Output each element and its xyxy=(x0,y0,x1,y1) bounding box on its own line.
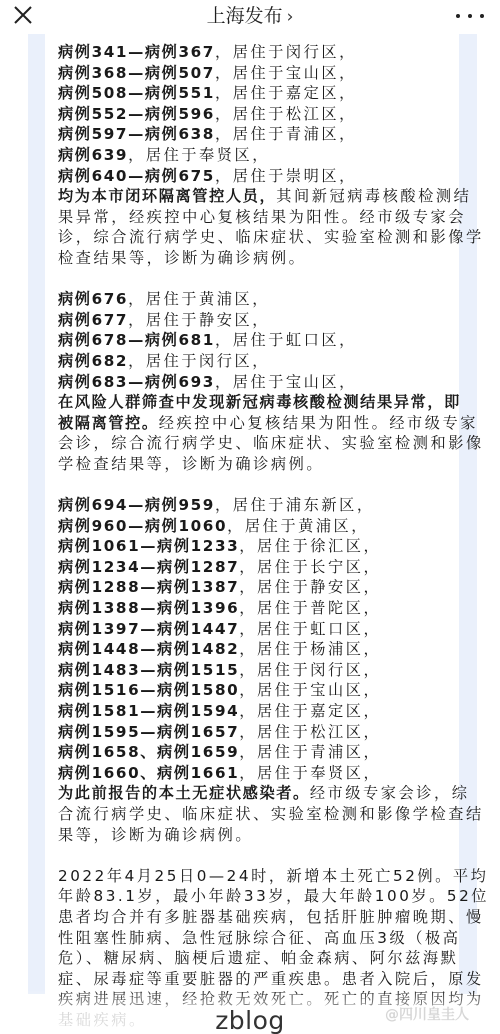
top-navigation-bar: 上海发布› xyxy=(0,0,500,34)
case-line: 病例1288—病例1387，居住于静安区， xyxy=(58,577,450,598)
district: 居住于徐汇区， xyxy=(257,537,381,555)
separator: ， xyxy=(215,64,233,82)
paragraph-line: 危）、糖尿病、脑梗后遗症、帕金森病、阿尔兹海默 xyxy=(58,948,450,969)
district: 居住于闵行区， xyxy=(257,661,381,679)
separator: ， xyxy=(215,496,233,514)
paragraph-line: 诊，综合流行病学史、临床症状、实验室检测和影像学 xyxy=(58,227,450,248)
case-ids: 病例677 xyxy=(58,311,128,329)
body-text: 经市级专家会诊，综 xyxy=(310,784,470,802)
right-decorative-border xyxy=(459,34,477,994)
paragraph-spacer xyxy=(58,269,450,290)
district: 居住于宝山区， xyxy=(233,64,357,82)
district: 居住于闵行区， xyxy=(233,43,357,61)
case-ids: 病例1658、病例1659 xyxy=(58,743,239,761)
paragraph-line: 2022年4月25日0—24时，新增本土死亡52例。平均 xyxy=(58,866,450,887)
chevron-right-icon: › xyxy=(287,7,294,27)
case-line: 病例682，居住于闵行区， xyxy=(58,351,450,372)
paragraph-line: 在风险人群筛查中发现新冠病毒核酸检测结果异常，即 xyxy=(58,392,450,413)
paragraph-line: 性阻塞性肺病、急性冠脉综合征、高血压3级（极高 xyxy=(58,928,450,949)
district: 居住于嘉定区， xyxy=(257,702,381,720)
case-line: 病例694—病例959，居住于浦东新区， xyxy=(58,495,450,516)
district: 居住于松江区， xyxy=(257,723,381,741)
district: 居住于静安区， xyxy=(257,578,381,596)
district: 居住于奉贤区， xyxy=(257,764,381,782)
more-icon-dot xyxy=(456,14,460,18)
paragraph-spacer xyxy=(58,845,450,866)
separator: ， xyxy=(239,640,257,658)
separator: ， xyxy=(215,105,233,123)
separator: ， xyxy=(128,146,146,164)
case-line: 病例960—病例1060，居住于黄浦区， xyxy=(58,516,450,537)
case-line: 病例1483—病例1515，居住于闵行区， xyxy=(58,660,450,681)
case-ids: 病例597—病例638 xyxy=(58,125,215,143)
case-line: 病例1595—病例1657，居住于松江区， xyxy=(58,722,450,743)
case-ids: 病例1483—病例1515 xyxy=(58,661,239,679)
case-ids: 病例552—病例596 xyxy=(58,105,215,123)
body-text: 其间新冠病毒核酸检测结 xyxy=(276,187,471,205)
more-icon-dot xyxy=(480,14,484,18)
paragraph-line: 合流行病学史、临床症状、实验室检测和影像学检查结 xyxy=(58,804,450,825)
separator: ， xyxy=(227,517,245,535)
case-ids: 病例1448—病例1482 xyxy=(58,640,239,658)
left-decorative-border xyxy=(28,34,45,994)
case-line: 病例1448—病例1482，居住于杨浦区， xyxy=(58,639,450,660)
case-line: 病例639，居住于奉贤区， xyxy=(58,145,450,166)
separator: ， xyxy=(239,558,257,576)
case-line: 病例640—病例675，居住于崇明区， xyxy=(58,166,450,187)
separator: ， xyxy=(128,352,146,370)
bold-text: 在风险人群筛查中发现新冠病毒核酸检测结果异常，即 xyxy=(58,393,461,411)
case-line: 病例1658、病例1659，居住于青浦区， xyxy=(58,742,450,763)
case-line: 病例597—病例638，居住于青浦区， xyxy=(58,124,450,145)
district: 居住于杨浦区， xyxy=(257,640,381,658)
district: 居住于静安区， xyxy=(146,311,270,329)
separator: ， xyxy=(239,537,257,555)
district: 居住于嘉定区， xyxy=(233,84,357,102)
paragraph-line: 检查结果等，诊断为确诊病例。 xyxy=(58,248,450,269)
case-ids: 病例682 xyxy=(58,352,128,370)
case-ids: 病例1061—病例1233 xyxy=(58,537,239,555)
case-line: 病例1388—病例1396，居住于普陀区， xyxy=(58,598,450,619)
case-line: 病例552—病例596，居住于松江区， xyxy=(58,104,450,125)
paragraph-line: 果等，诊断为确诊病例。 xyxy=(58,825,450,846)
separator: ， xyxy=(239,723,257,741)
paragraph-line: 均为本市闭环隔离管控人员，其间新冠病毒核酸检测结 xyxy=(58,186,450,207)
paragraph-line: 症、尿毒症等重要脏器的严重疾患。患者入院后，原发 xyxy=(58,969,450,990)
case-ids: 病例1288—病例1387 xyxy=(58,578,239,596)
body-text: 诊，综合流行病学史、临床症状、实验室检测和影像学 xyxy=(58,228,484,246)
more-options-button[interactable] xyxy=(456,12,484,20)
separator: ， xyxy=(215,167,233,185)
author-watermark: @四川皇圭人 xyxy=(385,1004,469,1024)
case-ids: 病例1388—病例1396 xyxy=(58,599,239,617)
separator: ， xyxy=(239,764,257,782)
district: 居住于黄浦区， xyxy=(146,290,270,308)
body-text: 合流行病学史、临床症状、实验室检测和影像学检查结 xyxy=(58,805,484,823)
separator: ， xyxy=(239,661,257,679)
case-ids: 病例960—病例1060 xyxy=(58,517,227,535)
district: 居住于浦东新区， xyxy=(233,496,375,514)
account-title-link[interactable]: 上海发布› xyxy=(0,3,500,30)
district: 居住于虹口区， xyxy=(233,331,357,349)
paragraph-line: 果异常，经疾控中心复核结果为阳性。经市级专家会 xyxy=(58,207,450,228)
case-ids: 病例694—病例959 xyxy=(58,496,215,514)
separator: ， xyxy=(239,743,257,761)
case-line: 病例1061—病例1233，居住于徐汇区， xyxy=(58,536,450,557)
body-text: 检查结果等，诊断为确诊病例。 xyxy=(58,249,306,267)
case-ids: 病例1581—病例1594 xyxy=(58,702,239,720)
separator: ， xyxy=(215,125,233,143)
case-ids: 病例1397—病例1447 xyxy=(58,620,239,638)
body-text: 会诊，综合流行病学史、临床症状、实验室检测和影像 xyxy=(58,434,484,452)
case-line: 病例683—病例693，居住于宝山区， xyxy=(58,372,450,393)
case-ids: 病例1595—病例1657 xyxy=(58,723,239,741)
separator: ， xyxy=(215,84,233,102)
case-ids: 病例639 xyxy=(58,146,128,164)
paragraph-line: 学检查结果等，诊断为确诊病例。 xyxy=(58,454,450,475)
district: 居住于宝山区， xyxy=(257,681,381,699)
separator: ， xyxy=(239,599,257,617)
paragraph-spacer xyxy=(58,474,450,495)
case-ids: 病例640—病例675 xyxy=(58,167,215,185)
separator: ， xyxy=(239,578,257,596)
more-icon-dot xyxy=(468,14,472,18)
case-line: 病例368—病例507，居住于宝山区， xyxy=(58,63,450,84)
case-line: 病例508—病例551，居住于嘉定区， xyxy=(58,83,450,104)
district: 居住于青浦区， xyxy=(257,743,381,761)
case-line: 病例1397—病例1447，居住于虹口区， xyxy=(58,619,450,640)
article-body: 病例341—病例367，居住于闵行区， 病例368—病例507，居住于宝山区， … xyxy=(58,42,450,1031)
district: 居住于奉贤区， xyxy=(146,146,270,164)
separator: ， xyxy=(128,290,146,308)
separator: ， xyxy=(239,681,257,699)
bold-text: 为此前报告的本土无症状感染者。 xyxy=(58,784,310,802)
district: 居住于虹口区， xyxy=(257,620,381,638)
case-line: 病例678—病例681，居住于虹口区， xyxy=(58,330,450,351)
separator: ， xyxy=(215,331,233,349)
separator: ， xyxy=(239,702,257,720)
case-line: 病例1660、病例1661，居住于奉贤区， xyxy=(58,763,450,784)
body-text: 果等，诊断为确诊病例。 xyxy=(58,826,253,844)
case-ids: 病例1516—病例1580 xyxy=(58,681,239,699)
bold-text: 被隔离管控。 xyxy=(58,414,159,432)
paragraph-line: 年龄83.1岁，最小年龄33岁，最大年龄100岁。52位 xyxy=(58,886,450,907)
case-ids: 病例678—病例681 xyxy=(58,331,215,349)
district: 居住于青浦区， xyxy=(233,125,357,143)
case-block-1: 病例341—病例367，居住于闵行区， 病例368—病例507，居住于宝山区， … xyxy=(58,42,450,269)
bold-text: 均为本市闭环隔离管控人员， xyxy=(58,187,276,205)
case-ids: 病例368—病例507 xyxy=(58,64,215,82)
paragraph-line: 患者均合并有多脏器基础疾病，包括肝脏肿瘤晚期、慢 xyxy=(58,907,450,928)
body-text: 果异常，经疾控中心复核结果为阳性。经市级专家会 xyxy=(58,208,466,226)
case-ids: 病例1660、病例1661 xyxy=(58,764,239,782)
case-ids: 病例1234—病例1287 xyxy=(58,558,239,576)
case-line: 病例1516—病例1580，居住于宝山区， xyxy=(58,680,450,701)
case-ids: 病例508—病例551 xyxy=(58,84,215,102)
paragraph-line: 会诊，综合流行病学史、临床症状、实验室检测和影像 xyxy=(58,433,450,454)
page-title: 上海发布 xyxy=(207,5,283,27)
district: 居住于松江区， xyxy=(233,105,357,123)
case-line: 病例341—病例367，居住于闵行区， xyxy=(58,42,450,63)
district: 居住于闵行区， xyxy=(146,352,270,370)
body-text: 经疾控中心复核结果为阳性。经市级专家 xyxy=(159,414,478,432)
case-line: 病例677，居住于静安区， xyxy=(58,310,450,331)
case-line: 病例1581—病例1594，居住于嘉定区， xyxy=(58,701,450,722)
case-block-2: 病例676，居住于黄浦区， 病例677，居住于静安区， 病例678—病例681，… xyxy=(58,289,450,474)
district: 居住于宝山区， xyxy=(233,373,357,391)
paragraph-line: 被隔离管控。经疾控中心复核结果为阳性。经市级专家 xyxy=(58,413,450,434)
separator: ， xyxy=(239,620,257,638)
district: 居住于黄浦区， xyxy=(245,517,369,535)
case-line: 病例1234—病例1287，居住于长宁区， xyxy=(58,557,450,578)
paragraph-line: 为此前报告的本土无症状感染者。经市级专家会诊，综 xyxy=(58,783,450,804)
district: 居住于普陀区， xyxy=(257,599,381,617)
case-ids: 病例341—病例367 xyxy=(58,43,215,61)
separator: ， xyxy=(215,43,233,61)
case-ids: 病例683—病例693 xyxy=(58,373,215,391)
district: 居住于崇明区， xyxy=(233,167,357,185)
separator: ， xyxy=(215,373,233,391)
case-ids: 病例676 xyxy=(58,290,128,308)
case-line: 病例676，居住于黄浦区， xyxy=(58,289,450,310)
district: 居住于长宁区， xyxy=(257,558,381,576)
body-text: 学检查结果等，诊断为确诊病例。 xyxy=(58,455,324,473)
case-block-3: 病例694—病例959，居住于浦东新区， 病例960—病例1060，居住于黄浦区… xyxy=(58,495,450,845)
separator: ， xyxy=(128,311,146,329)
